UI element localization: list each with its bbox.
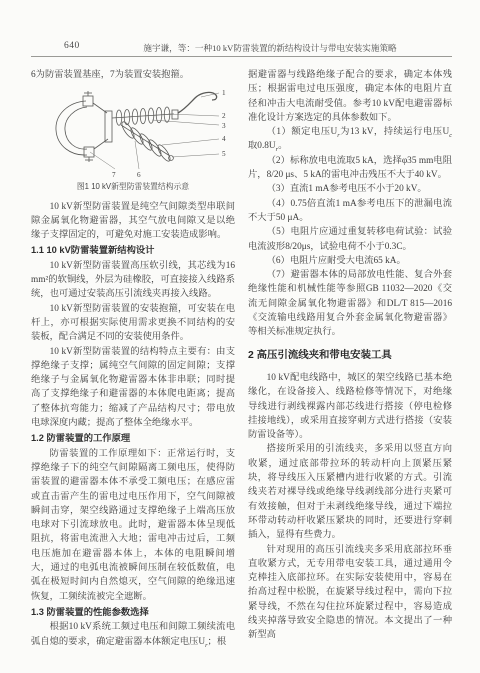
body-paragraph: 根据10 kV系统工频过电压和间隙工频续流电弧自熄的要求，确定避雷器本体额定电压… [31, 620, 235, 649]
text-run: 。 [278, 141, 287, 151]
parameter-item-2: （2）标称放电电流取5 kA，选择φ35 mm电阻片，8/20 μs、5 kA的… [248, 154, 452, 183]
figure-label-3: 3 [222, 122, 226, 130]
section-heading-2: 2 高压引流线夹和带电安装工具 [248, 349, 452, 363]
section-heading-1-3: 1.3 防雷装置的性能参数选择 [31, 605, 235, 619]
subscript: c [449, 132, 452, 139]
header-divider [31, 56, 452, 57]
figure-label-2: 2 [222, 112, 226, 120]
text-run: ；根 [208, 637, 227, 647]
parameter-item-6: （6）电阻片应耐受大电流65 kA。 [248, 254, 452, 268]
figure-label-7: 7 [112, 171, 116, 179]
running-title: 施宇谦，等：一种10 kV防雷装置的新结构设计与带电安装实施策略 [110, 42, 430, 54]
body-paragraph: 10 kV新型防雷装置的结构特点主要有：由支撑绝缘子支撑；属纯空气间隙的固定间隙… [31, 345, 235, 431]
lead-wire-drawing [178, 93, 217, 114]
figure1-drawing: 1 2 3 4 5 6 7 [31, 85, 235, 179]
parameter-item-1: （1）额定电压Ur为13 kV，持续运行电压Uc取0.8Ur。 [248, 125, 452, 154]
arrester-body-drawing [120, 120, 174, 163]
paper-page: 640 施宇谦，等：一种10 kV防雷装置的新结构设计与带电安装实施策略 6为防… [0, 0, 480, 673]
body-paragraph: 搭接所采用的引流线夹，多采用以竖直方向收紧，通过底部带拉环的转动杆向上顶紧压紧块… [248, 442, 452, 542]
figure-label-6: 6 [137, 171, 141, 179]
parameter-item-5: （5）电阻片应通过重复转移电荷试验：试验电流波形8/20μs，试验电荷不小于0.… [248, 225, 452, 254]
parameter-item-7: （7）避雷器本体的局部放电性能、复合外套绝缘性能和机械性能等参照GB 11032… [248, 268, 452, 339]
body-paragraph: 据避雷器与线路绝缘子配合的要求，确定本体残压；根据雷电过电压强度，确定本体的电阻… [248, 68, 452, 125]
two-column-body: 6为防雷装置基座，7为装置安装抱箍。 [0, 57, 480, 649]
text-run: （1）额定电压U [267, 127, 338, 137]
text-run: 取0.8U [248, 141, 276, 151]
parameter-item-3: （3）直流1 mA参考电压不小于20 kV。 [248, 182, 452, 196]
parameter-item-4: （4）0.75倍直流1 mA参考电压下的泄漏电流不大于50 μA。 [248, 197, 452, 226]
text-run: 为13 kV，持续运行电压U [340, 127, 450, 137]
figure-label-4: 4 [222, 135, 226, 143]
body-paragraph: 针对现用的高压引流线夹多采用底部拉环垂直收紧方式，无专用带电安装工具，通过通用令… [248, 543, 452, 643]
section-heading-1-2: 1.2 防雷装置的工作原理 [31, 431, 235, 445]
clamp-hoop-drawing [56, 91, 112, 162]
body-paragraph: 10 kV新型防雷装置是纯空气间隙类型串联间隙金属氧化物避雷器，其空气放电间隙又… [31, 200, 235, 243]
left-column: 6为防雷装置基座，7为装置安装抱箍。 [31, 68, 235, 649]
figure-label-1: 1 [222, 89, 226, 97]
body-paragraph: 10 kV新型防雷装置高压软引线，其芯线为16 mm²的软铜线，外层为硅橡胶，可… [31, 259, 235, 302]
section-heading-1-1: 1.1 10 kV防雷装置新结构设计 [31, 243, 235, 257]
body-paragraph: 6为防雷装置基座，7为装置安装抱箍。 [31, 68, 235, 82]
body-paragraph: 防雷装置的工作原理如下：正常运行时，支撑绝缘子下的纯空气间隙隔离工频电压，使得防… [31, 447, 235, 604]
figure1-caption: 图1 10 kV新型防雷装置结构示意 [31, 180, 235, 194]
right-column: 据避雷器与线路绝缘子配合的要求，确定本体残压；根据雷电过电压强度，确定本体的电阻… [248, 68, 452, 649]
page-header: 640 施宇谦，等：一种10 kV防雷装置的新结构设计与带电安装实施策略 [0, 0, 480, 57]
figure-leader-lines [90, 93, 219, 169]
figure-label-5: 5 [222, 150, 226, 158]
page-number: 640 [64, 41, 80, 51]
figure-part-numbers: 1 2 3 4 5 6 7 [112, 89, 226, 179]
body-paragraph: 10 kV新型防雷装置的安装抱箍，可安装在电杆上，亦可根据实际使用需求更换不同结… [31, 302, 235, 345]
body-paragraph: 10 kV配电线路中，城区的架空线路已基本绝缘化，在设备接入、线路检修等情况下，… [248, 371, 452, 442]
figure1: 1 2 3 4 5 6 7 图1 10 kV新型防雷装置结构示意 [31, 85, 235, 194]
